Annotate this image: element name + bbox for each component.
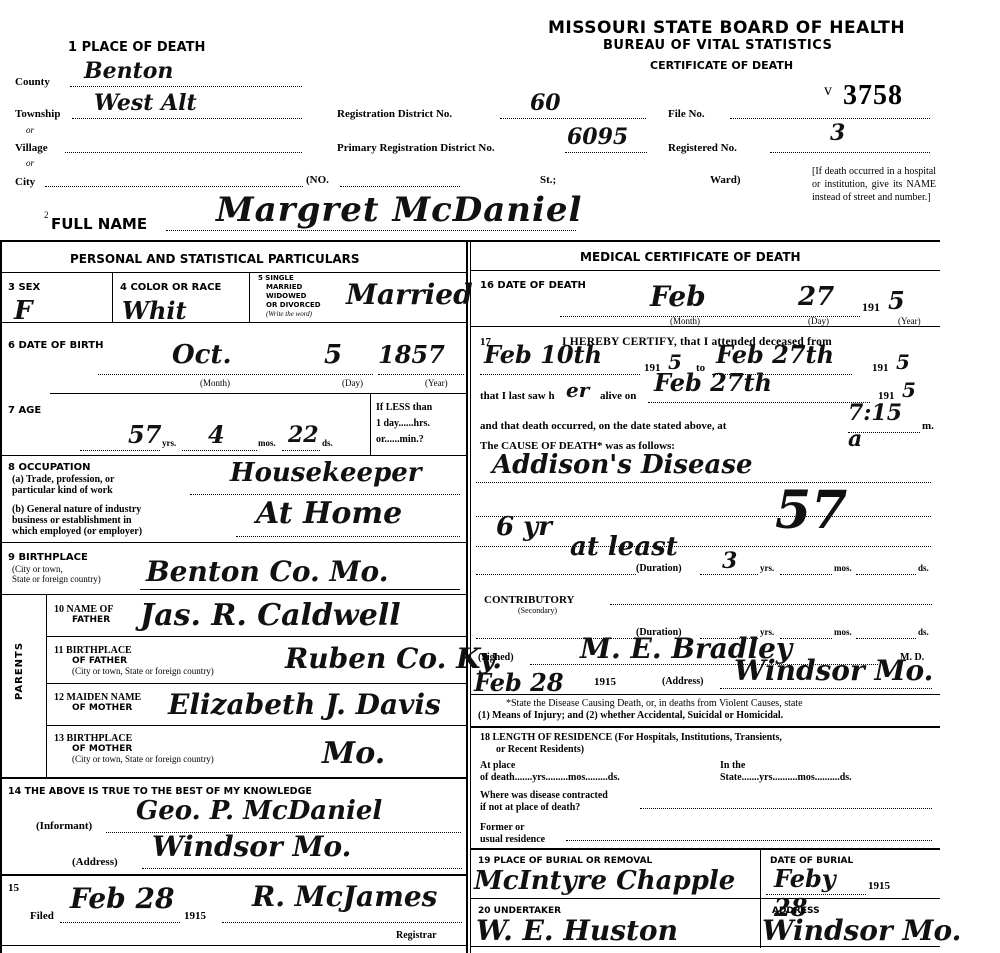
duration-years-value: 3 <box>722 548 737 574</box>
time-of-death-field[interactable]: 7:15 a <box>848 420 920 433</box>
mother-name-label: 12 MAIDEN NAME OF MOTHER <box>54 692 141 714</box>
county-value: Benton <box>84 58 173 84</box>
industry-field[interactable]: At Home <box>236 526 460 537</box>
contributory-days-field[interactable] <box>856 630 916 639</box>
residence-in-state: In the State.......yrs..........mos.....… <box>720 760 852 784</box>
cause-of-death-value: Addison's Disease <box>492 450 753 480</box>
dod-year-prefix: 191 <box>862 300 880 315</box>
contributory-label: CONTRIBUTORY <box>484 594 574 606</box>
residence-label: 18 LENGTH OF RESIDENCE (For Hospitals, I… <box>480 732 782 756</box>
cause-line-1[interactable]: Addison's Disease <box>476 474 931 483</box>
dob-year-field[interactable]: 1857 <box>378 362 464 375</box>
place-of-death-label: 1 PLACE OF DEATH <box>68 40 205 55</box>
contributory-field[interactable] <box>610 596 932 605</box>
mos-label: mos. <box>258 438 276 448</box>
undertaker-address-value[interactable]: Windsor Mo. <box>762 914 961 947</box>
last-saw-year: 5 <box>902 378 916 402</box>
registration-district-label: Registration District No. <box>337 108 452 120</box>
birthplace-label: 9 BIRTHPLACE <box>8 552 88 563</box>
age-label: 7 AGE <box>8 405 41 416</box>
father-name-label: 10 NAME OF FATHER <box>54 604 113 626</box>
disease-contracted-field[interactable] <box>640 800 932 809</box>
registered-no-label: Registered No. <box>668 142 737 154</box>
registration-district-field[interactable]: 60 <box>500 104 646 119</box>
city-field[interactable] <box>45 172 303 187</box>
physician-address-value: Windsor Mo. <box>734 654 933 687</box>
board-title: MISSOURI STATE BOARD OF HEALTH <box>548 18 905 38</box>
duration-years-field[interactable]: 3 <box>700 566 758 575</box>
undertaker-value[interactable]: W. E. Huston <box>476 914 678 947</box>
yrs-label: yrs. <box>760 563 774 573</box>
registrar-label: Registrar <box>396 930 437 941</box>
yrs-label: yrs. <box>162 438 176 448</box>
informant-address-value: Windsor Mo. <box>152 830 351 863</box>
primary-registration-label: Primary Registration District No. <box>337 142 495 154</box>
dod-day-value: 27 <box>798 282 834 312</box>
ds-label: ds. <box>322 438 333 448</box>
secondary-label: (Secondary) <box>518 606 557 615</box>
village-label: Village <box>15 142 48 154</box>
registered-no-field[interactable]: 3 <box>770 138 930 153</box>
burial-place-label: 19 PLACE OF BURIAL OR REMOVAL <box>478 856 652 866</box>
township-value: West Alt <box>94 90 197 116</box>
age-years-field[interactable]: 57 <box>80 440 160 451</box>
signed-label: (Signed) <box>478 652 514 663</box>
birthplace-sub-label: (City or town, State or foreign country) <box>12 564 101 584</box>
parents-label: PARENTS <box>14 642 25 700</box>
personal-section-title: PERSONAL AND STATISTICAL PARTICULARS <box>70 252 360 266</box>
month-caption: (Month) <box>200 378 230 388</box>
duration-note: at least <box>570 532 678 562</box>
sex-label: 3 SEX <box>8 282 40 293</box>
marital-label: 5 SINGLE MARRIED WIDOWED OR DIVORCED (Wr… <box>258 274 321 319</box>
village-field[interactable] <box>65 138 302 153</box>
burial-year: 1915 <box>868 880 890 892</box>
time-of-death-value: 7:15 a <box>848 400 920 452</box>
file-no-label: File No. <box>668 108 705 120</box>
dob-day-value: 5 <box>324 340 342 370</box>
mos-label: mos. <box>834 563 852 573</box>
age-days-field[interactable]: 22 <box>282 440 320 451</box>
no-label: (NO. <box>306 174 329 186</box>
full-name-number: 2 <box>44 210 49 220</box>
informant-label: (Informant) <box>36 820 92 832</box>
dob-month-day-field[interactable]: Oct. 5 <box>98 362 373 375</box>
occupation-label: 8 OCCUPATION <box>8 462 91 473</box>
signed-address-label: (Address) <box>662 676 703 687</box>
informant-address-label: (Address) <box>72 856 118 868</box>
full-name-label: FULL NAME <box>51 215 147 233</box>
father-name-value[interactable]: Jas. R. Caldwell <box>140 598 401 633</box>
attended-from-field[interactable]: Feb 10th <box>480 362 640 375</box>
color-race-label: 4 COLOR OR RACE <box>120 282 221 293</box>
occupation-b-label: (b) General nature of industry business … <box>12 504 142 537</box>
date-of-death-label: 16 DATE OF DEATH <box>480 280 586 291</box>
attended-to-value: Feb 27th <box>716 340 834 369</box>
document-title: CERTIFICATE OF DEATH <box>650 59 793 72</box>
duration-months-field[interactable] <box>780 566 832 575</box>
day-caption: (Day) <box>342 378 363 388</box>
last-saw-label: that I last saw h <box>480 390 555 402</box>
year-caption: (Year) <box>898 316 921 326</box>
informant-address-field[interactable]: Windsor Mo. <box>142 856 462 869</box>
registered-no-value: 3 <box>830 120 845 146</box>
duration-line <box>476 566 636 575</box>
age-months-value: 4 <box>208 420 225 449</box>
filed-number: 15 <box>8 882 19 894</box>
death-occurred-text: and that death occurred, on the date sta… <box>480 420 726 432</box>
full-name-value: Margret McDaniel <box>216 190 582 230</box>
checkmark-icon: v <box>824 82 832 100</box>
duration-label: (Duration) <box>636 563 682 574</box>
street-label: St.; <box>540 174 556 186</box>
county-label: County <box>15 76 50 88</box>
county-field[interactable]: Benton <box>70 70 302 87</box>
or-text: or <box>26 125 34 135</box>
month-caption: (Month) <box>670 316 700 326</box>
birthplace-value: Benton Co. Mo. <box>146 555 388 588</box>
mother-birthplace-label: 13 BIRTHPLACE OF MOTHER (City or town, S… <box>54 734 214 764</box>
ds-label: ds. <box>918 627 929 637</box>
township-label: Township <box>15 108 60 120</box>
full-name-field[interactable]: Margret McDaniel <box>166 214 576 231</box>
informant-value: Geo. P. McDaniel <box>136 796 382 826</box>
last-saw-date-field[interactable]: Feb 27th <box>648 390 870 403</box>
color-race-value[interactable]: Whit <box>122 296 187 325</box>
ward-label: Ward) <box>710 174 741 186</box>
primary-registration-value: 6095 <box>567 124 628 150</box>
bureau-title: BUREAU OF VITAL STATISTICS <box>603 38 832 53</box>
dob-year-value: 1857 <box>378 340 445 369</box>
cause-line-3[interactable] <box>476 538 931 547</box>
marital-status-value[interactable]: Married <box>346 278 473 311</box>
physician-address-field[interactable]: Windsor Mo. <box>720 680 932 689</box>
hospital-note: [If death occurred in a hospital or inst… <box>812 165 936 204</box>
filed-label: Filed <box>30 910 54 922</box>
age-years-value: 57 <box>128 420 161 449</box>
registrar-signature: R. McJames <box>252 880 437 913</box>
attended-to-year: 5 <box>896 350 910 374</box>
cause-annotation: 57 <box>775 480 847 541</box>
primary-registration-field[interactable]: 6095 <box>565 138 647 153</box>
day-caption: (Day) <box>808 316 829 326</box>
alive-on-label: alive on <box>600 390 636 402</box>
registrar-field[interactable]: R. McJames <box>222 910 462 923</box>
mother-birthplace-value[interactable]: Mo. <box>322 736 385 771</box>
age-days-value: 22 <box>288 422 319 448</box>
residence-at-place: At place of death.......yrs.........mos.… <box>480 760 620 784</box>
date-of-birth-label: 6 DATE OF BIRTH <box>8 340 103 351</box>
cause-line-2[interactable]: 6 yr <box>476 508 931 517</box>
occupation-value: Housekeeper <box>230 458 422 488</box>
or-text: or <box>26 158 34 168</box>
ds-label: ds. <box>918 563 929 573</box>
township-field[interactable]: West Alt <box>72 102 302 119</box>
disease-contracted-label: Where was disease contracted if not at p… <box>480 790 608 814</box>
signed-year: 1915 <box>594 676 616 688</box>
birthplace-field[interactable]: Benton Co. Mo. <box>140 555 460 590</box>
street-number-field[interactable] <box>340 172 460 187</box>
dob-month-value: Oct. <box>172 340 232 370</box>
filed-date-field[interactable]: Feb 28 <box>60 910 180 923</box>
industry-value: At Home <box>256 496 402 531</box>
registration-district-value: 60 <box>530 90 561 116</box>
city-label: City <box>15 176 35 188</box>
father-birthplace-value[interactable]: Ruben Co. Ky. <box>285 642 502 675</box>
medical-section-title: MEDICAL CERTIFICATE OF DEATH <box>580 250 801 264</box>
year-caption: (Year) <box>425 378 448 388</box>
mother-name-value[interactable]: Elizabeth J. Davis <box>168 688 441 721</box>
occupation-a-label: (a) Trade, profession, or particular kin… <box>12 474 115 496</box>
file-no-value: 3758 <box>843 80 903 112</box>
burial-place-value[interactable]: McIntyre Chapple <box>474 866 735 896</box>
former-residence-label: Former or usual residence <box>480 822 545 846</box>
age-months-field[interactable]: 4 <box>182 440 257 451</box>
last-saw-date-value: Feb 27th <box>654 368 772 397</box>
less-than-day-note: If LESS than 1 day......hrs. or......min… <box>376 400 432 448</box>
attended-to-year-prefix: 191 <box>872 362 889 374</box>
signed-date[interactable]: Feb 28 <box>474 668 564 697</box>
dod-year-value[interactable]: 5 <box>888 286 905 315</box>
filed-date-value: Feb 28 <box>70 882 174 915</box>
filed-year: 1915 <box>184 910 206 922</box>
time-suffix: m. <box>922 420 934 432</box>
duration-days-field[interactable] <box>856 566 916 575</box>
attended-from-value: Feb 10th <box>484 340 602 369</box>
cause-footnote: *State the Disease Causing Death, or, in… <box>478 698 803 722</box>
occupation-field[interactable]: Housekeeper <box>190 484 460 495</box>
former-residence-field[interactable] <box>566 832 932 841</box>
mos-label: mos. <box>834 627 852 637</box>
burial-date-field[interactable]: Feby 28 <box>766 886 866 895</box>
last-saw-pronoun[interactable]: er <box>566 378 589 402</box>
dod-month-value: Feb <box>650 280 706 313</box>
father-birthplace-label: 11 BIRTHPLACE OF FATHER (City or town, S… <box>54 646 214 676</box>
